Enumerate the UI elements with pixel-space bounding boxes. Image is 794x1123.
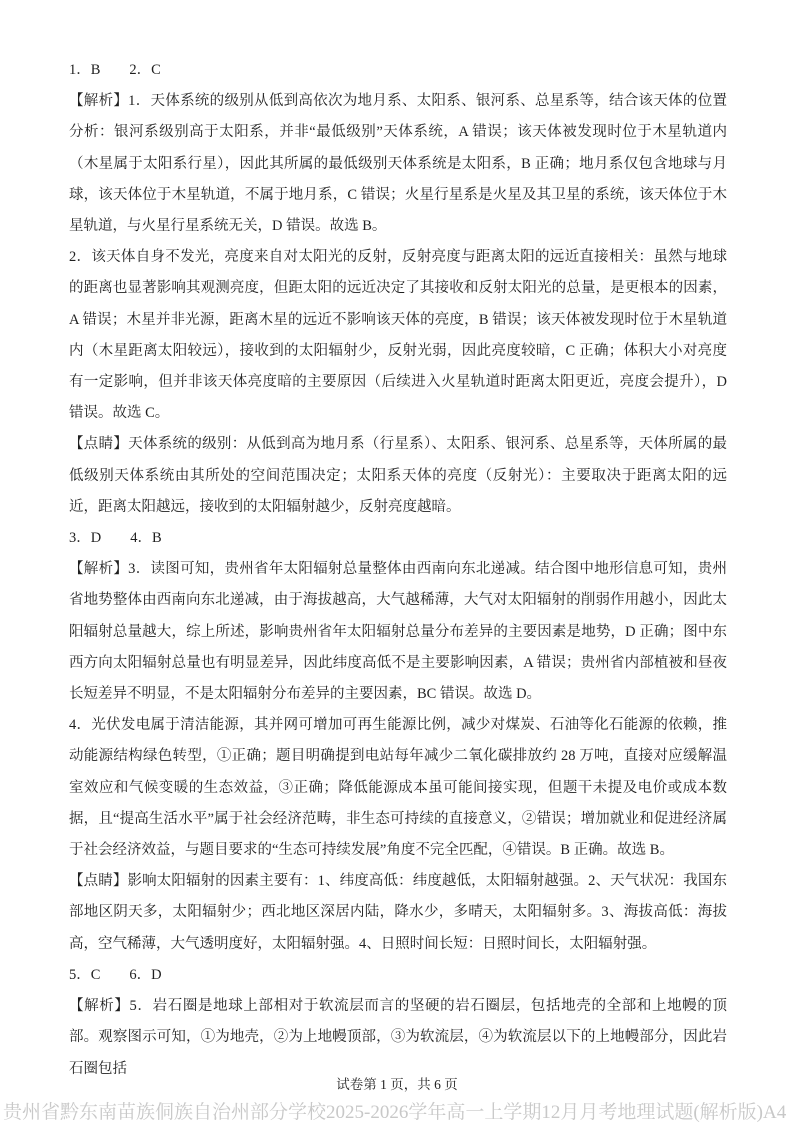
explanation-paragraph-q1: 【解析】1．天体系统的级别从低到高依次为地月系、太阳系、银河系、总星系等，结合该… (69, 86, 727, 242)
tip-text-1: 天体系统的级别：从低到高为地月系（行星系）、太阳系、银河系、总星系等，天体所属的… (69, 436, 727, 514)
explanation-text-q4: 4．光伏发电属于清洁能源，其并网可增加可再生能源比例，减少对煤炭、石油等化石能源… (69, 717, 727, 858)
explanation-text-q5: 5．岩石圈是地球上部相对于软流层而言的坚硬的岩石圈层，包括地壳的全部和上地幔的顶… (69, 998, 727, 1076)
explanation-paragraph-q5: 【解析】5．岩石圈是地球上部相对于软流层而言的坚硬的岩石圈层，包括地壳的全部和上… (69, 991, 727, 1085)
explanation-paragraph-q2: 2．该天体自身不发光，亮度来自对太阳光的反射，反射亮度与距离太阳的远近直接相关：… (69, 242, 727, 429)
section-marker-jiexi: 【解析】 (69, 93, 128, 109)
page-number-footer: 试卷第 1 页，共 6 页 (0, 1073, 794, 1093)
document-page: 1．B 2．C 【解析】1．天体系统的级别从低到高依次为地月系、太阳系、银河系、… (0, 0, 794, 1123)
watermark-text: 贵州省黔东南苗族侗族自治州部分学校2025-2026学年高一上学期12月月考地理… (3, 1097, 794, 1123)
explanation-text-q3: 3．读图可知，贵州省年太阳辐射总量整体由西南向东北递减。结合图中地形信息可知，贵… (69, 561, 727, 702)
answer-sheet-content: 1．B 2．C 【解析】1．天体系统的级别从低到高依次为地月系、太阳系、银河系、… (69, 55, 727, 1085)
explanation-paragraph-q3: 【解析】3．读图可知，贵州省年太阳辐射总量整体由西南向东北递减。结合图中地形信息… (69, 554, 727, 710)
answer-line-q1-q2: 1．B 2．C (69, 55, 727, 86)
section-marker-dianjing: 【点睛】 (69, 873, 128, 889)
tip-paragraph-1: 【点睛】天体系统的级别：从低到高为地月系（行星系）、太阳系、银河系、总星系等，天… (69, 429, 727, 523)
answer-line-q3-q4: 3．D 4．B (69, 523, 727, 554)
tip-text-2: 影响太阳辐射的因素主要有：1、纬度高低：纬度越低，太阳辐射越强。2、天气状况：我… (69, 873, 727, 951)
section-marker-dianjing: 【点睛】 (69, 436, 128, 452)
explanation-text-q2: 2．该天体自身不发光，亮度来自对太阳光的反射，反射亮度与距离太阳的远近直接相关：… (69, 249, 727, 421)
section-marker-jiexi: 【解析】 (69, 561, 128, 577)
tip-paragraph-2: 【点睛】影响太阳辐射的因素主要有：1、纬度高低：纬度越低，太阳辐射越强。2、天气… (69, 866, 727, 960)
answer-line-q5-q6: 5．C 6．D (69, 960, 727, 991)
section-marker-jiexi: 【解析】 (69, 998, 130, 1014)
explanation-text-q1: 1．天体系统的级别从低到高依次为地月系、太阳系、银河系、总星系等，结合该天体的位… (69, 93, 727, 234)
explanation-paragraph-q4: 4．光伏发电属于清洁能源，其并网可增加可再生能源比例，减少对煤炭、石油等化石能源… (69, 710, 727, 866)
